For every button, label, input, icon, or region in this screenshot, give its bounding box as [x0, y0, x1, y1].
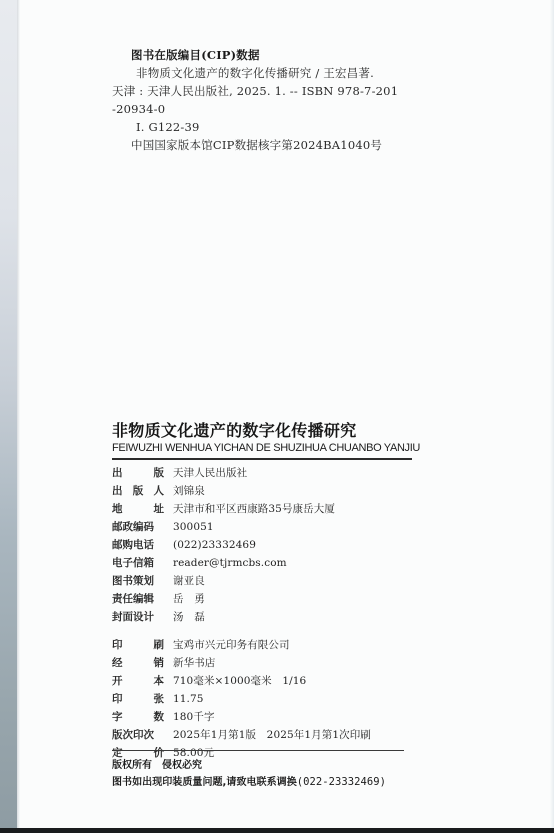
- page-right-edge: [550, 0, 554, 828]
- publisher-info: 出版 天津人民出版社 出版人 刘锦泉 地址 天津市和平区西康路35号康岳大厦 邮…: [112, 464, 432, 572]
- info-label: 字数: [112, 708, 164, 726]
- info-row-planner: 图书策划 谢亚良: [112, 572, 432, 590]
- info-label: 邮政编码: [112, 518, 164, 536]
- info-row-editor: 责任编辑 岳 勇: [112, 590, 432, 608]
- printing-info: 印刷 宝鸡市兴元印务有限公司 经销 新华书店 开本 710毫米×1000毫米 1…: [112, 636, 432, 762]
- info-value: 岳 勇: [173, 590, 205, 608]
- info-row-publisher: 出版 天津人民出版社: [112, 464, 432, 482]
- info-row-address: 地址 天津市和平区西康路35号康岳大厦: [112, 500, 432, 518]
- info-value: 谢亚良: [173, 572, 205, 590]
- info-label: 印张: [112, 690, 164, 708]
- info-row-mail-phone: 邮购电话 (022)23332469: [112, 536, 432, 554]
- cip-line-record-number: 中国国家版本馆CIP数据核字第2024BA1040号: [112, 136, 432, 154]
- scan-bottom-strip: [0, 828, 554, 833]
- info-value: 刘锦泉: [173, 482, 205, 500]
- info-label: 责任编辑: [112, 590, 164, 608]
- info-label: 地址: [112, 500, 164, 518]
- info-value: (022)23332469: [173, 536, 256, 554]
- quality-notice: 图书如出现印装质量问题,请致电联系调换(022-23332469): [112, 774, 432, 791]
- info-value: 天津市和平区西康路35号康岳大厦: [173, 500, 335, 518]
- title-divider: [112, 458, 412, 460]
- info-row-email: 电子信箱 reader@tjrmcbs.com: [112, 554, 432, 572]
- footer-divider: [112, 750, 404, 751]
- book-title-block: 非物质文化遗产的数字化传播研究 FEIWUZHI WENHUA YICHAN D…: [112, 420, 414, 460]
- rights-reserved: 版权所有: [112, 760, 152, 771]
- cip-line-title-author: 非物质文化遗产的数字化传播研究 / 王宏昌著.: [112, 64, 432, 82]
- cip-line-classification: Ⅰ. G122-39: [112, 118, 432, 136]
- info-label: 图书策划: [112, 572, 164, 590]
- copyright-notice: 版权所有侵权必究: [112, 757, 432, 774]
- quality-notice-text: 图书如出现印装质量问题,请致电联系调换: [112, 777, 297, 788]
- infringement-warning: 侵权必究: [162, 760, 202, 771]
- book-title: 非物质文化遗产的数字化传播研究: [112, 420, 414, 442]
- copyright-footer: 版权所有侵权必究 图书如出现印装质量问题,请致电联系调换(022-2333246…: [112, 757, 432, 791]
- info-label: 出版人: [112, 482, 164, 500]
- info-value: 新华书店: [173, 654, 215, 672]
- info-row-distributor: 经销 新华书店: [112, 654, 432, 672]
- page-binding-shadow: [0, 0, 17, 828]
- info-row-sheets: 印张 11.75: [112, 690, 432, 708]
- cip-line-isbn-cont: -20934-0: [112, 100, 432, 118]
- info-value: 天津人民出版社: [173, 464, 247, 482]
- info-row-edition: 版次印次 2025年1月第1版 2025年1月第1次印刷: [112, 726, 432, 744]
- info-value: 710毫米×1000毫米 1/16: [173, 672, 306, 690]
- info-row-format: 开本 710毫米×1000毫米 1/16: [112, 672, 432, 690]
- cip-data-block: 图书在版编目(CIP)数据 非物质文化遗产的数字化传播研究 / 王宏昌著. 天津…: [112, 46, 432, 154]
- info-label: 版次印次: [112, 726, 164, 744]
- page-binding-edge: [17, 0, 20, 828]
- book-title-pinyin: FEIWUZHI WENHUA YICHAN DE SHUZIHUA CHUAN…: [112, 442, 414, 455]
- info-value: 宝鸡市兴元印务有限公司: [173, 636, 290, 654]
- info-label: 开本: [112, 672, 164, 690]
- info-label: 邮购电话: [112, 536, 164, 554]
- info-value: 汤 磊: [173, 608, 205, 626]
- cip-line-publisher-isbn: 天津 : 天津人民出版社, 2025. 1. -- ISBN 978-7-201: [112, 82, 432, 100]
- editorial-info: 图书策划 谢亚良 责任编辑 岳 勇 封面设计 汤 磊: [112, 572, 432, 626]
- info-row-postcode: 邮政编码 300051: [112, 518, 432, 536]
- info-row-word-count: 字数 180千字: [112, 708, 432, 726]
- info-label: 经销: [112, 654, 164, 672]
- info-value: 300051: [173, 518, 214, 536]
- info-label: 印刷: [112, 636, 164, 654]
- quality-notice-phone: (022-23332469): [297, 776, 386, 788]
- info-label: 封面设计: [112, 608, 164, 626]
- info-value: 180千字: [173, 708, 215, 726]
- cip-heading: 图书在版编目(CIP)数据: [112, 46, 432, 64]
- info-value: 2025年1月第1版 2025年1月第1次印刷: [173, 726, 371, 744]
- info-row-cover-design: 封面设计 汤 磊: [112, 608, 432, 626]
- info-row-printer: 印刷 宝鸡市兴元印务有限公司: [112, 636, 432, 654]
- info-label: 出版: [112, 464, 164, 482]
- info-row-publisher-person: 出版人 刘锦泉: [112, 482, 432, 500]
- info-value: 11.75: [173, 690, 204, 708]
- info-label: 电子信箱: [112, 554, 164, 572]
- info-value: reader@tjrmcbs.com: [173, 554, 287, 572]
